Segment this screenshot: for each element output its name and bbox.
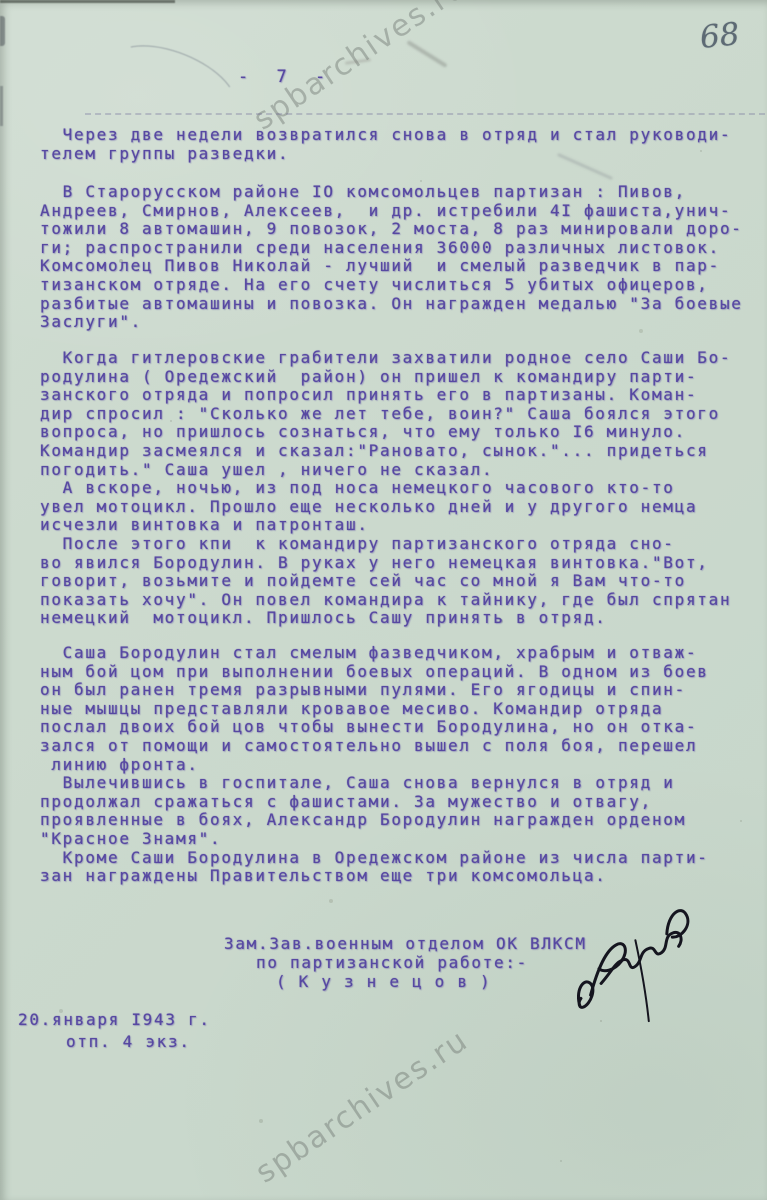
handwritten-signature xyxy=(552,888,726,1058)
pencil-mark-arc xyxy=(99,29,248,140)
archive-page-number: 68 xyxy=(698,16,741,56)
signature-typed-name: ( К у з н е ц о в ) xyxy=(276,973,491,992)
footer-date: 20.января I943 г. xyxy=(18,1011,211,1030)
signature-typed-title: Зам.Зав.военным отделом ОК ВЛКСМ xyxy=(224,935,587,954)
signature-typed-role: по партизанской работе:- xyxy=(256,954,528,973)
scan-edge-left-2 xyxy=(0,86,3,126)
footer-copies: отп. 4 экз. xyxy=(66,1033,191,1052)
paragraph-block-1: Через две недели возвратился снова в отр… xyxy=(40,126,767,163)
document-page: spbarchives.ru spbarchives.ru 68 - 7 - Ч… xyxy=(0,0,767,1200)
paragraph-block-4: Саша Бородулин стал смелым фазведчиком, … xyxy=(40,644,767,886)
scan-edge-top xyxy=(0,0,175,3)
page-number: - 7 - xyxy=(238,68,334,87)
smudge-mark xyxy=(406,40,447,68)
paragraph-block-3: Когда гитлеровские грабители захватили р… xyxy=(40,349,767,628)
scan-edge-left xyxy=(0,16,5,46)
paragraph-block-2: В Старорусском районе IO комсомольцев па… xyxy=(40,183,767,332)
watermark-bottom: spbarchives.ru xyxy=(249,1023,474,1191)
faint-dashed-line xyxy=(85,113,765,115)
